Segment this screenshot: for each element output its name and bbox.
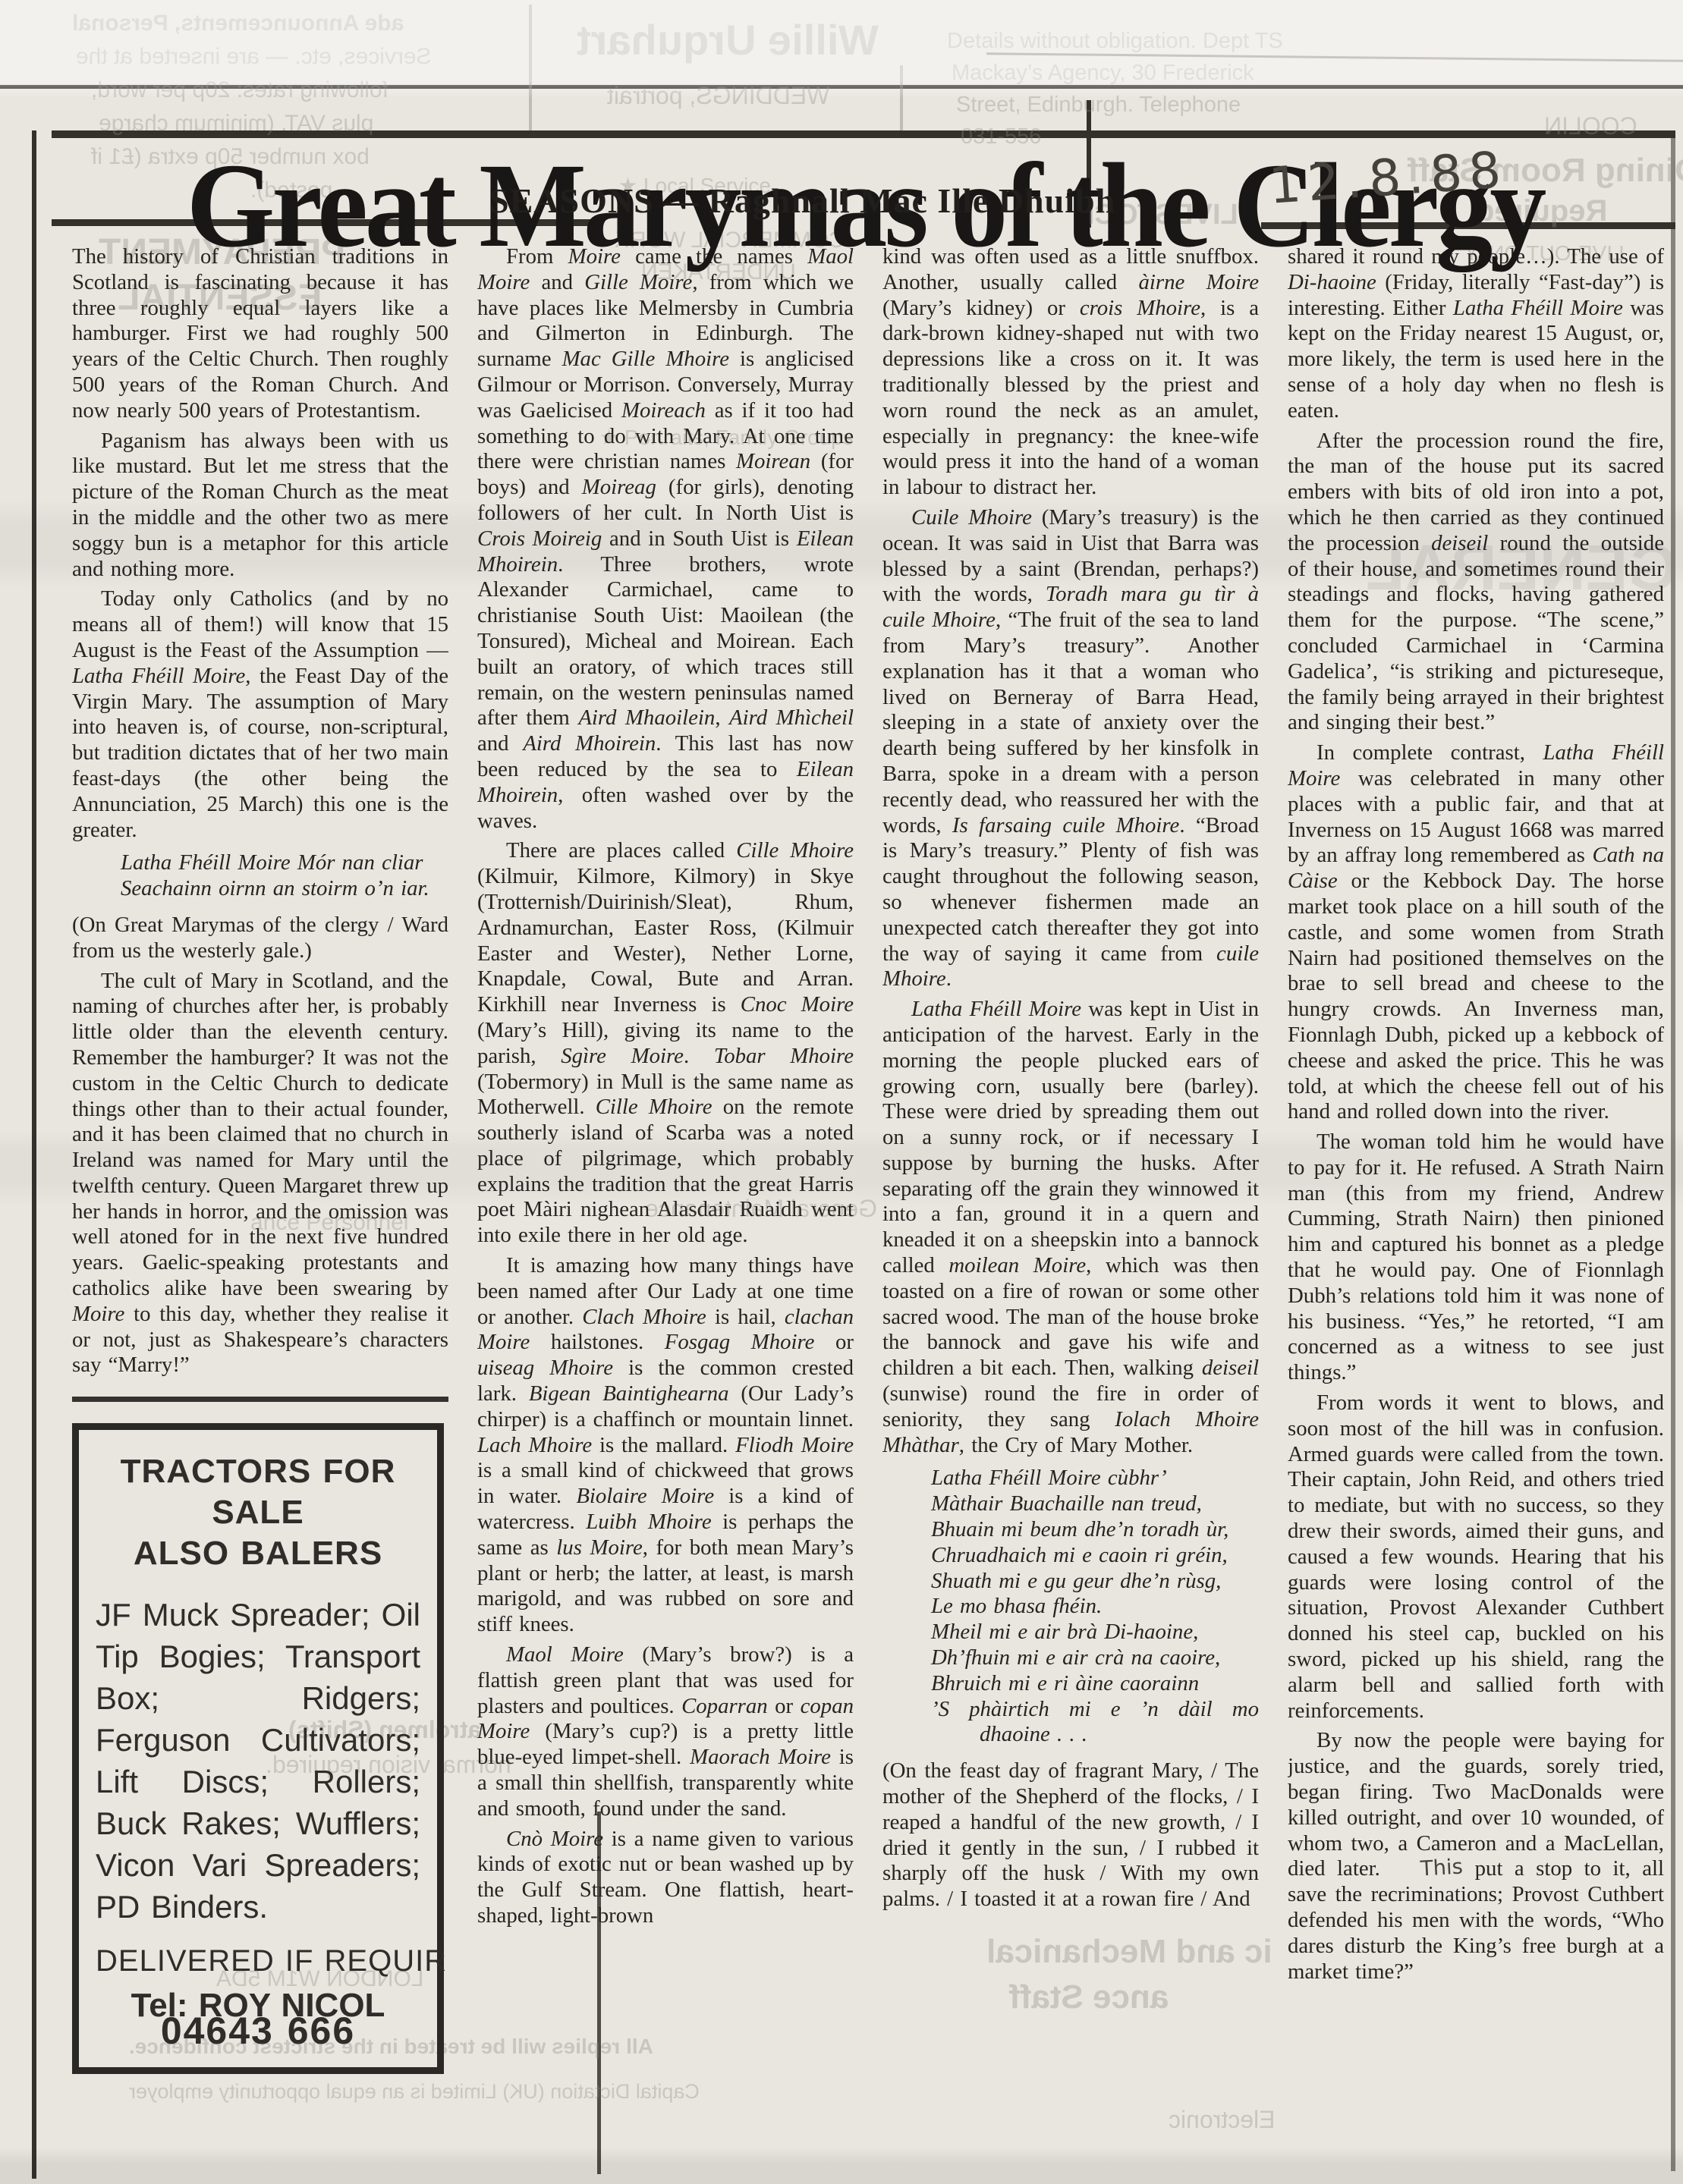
verse-line: Le mo bhasa fhéin. bbox=[882, 1594, 1259, 1620]
newspaper-clipping: Great Marymas of the Clergy SEASONS — Ra… bbox=[0, 0, 1683, 2184]
ad-body-text: JF Muck Spreader; Oil Tip Bogies; Transp… bbox=[96, 1594, 420, 1928]
verse-line: Bhuain mi beum dhe’n toradh ùr, bbox=[882, 1517, 1259, 1543]
ghost-showthrough-text: ade Announcements, Personal bbox=[72, 11, 404, 36]
ghost-showthrough-text: following rates: 20p per word, bbox=[91, 77, 389, 103]
column-divider-rule bbox=[72, 1397, 448, 1402]
byline-separator: — bbox=[663, 181, 699, 220]
article-paragraph: Maol Moire (Mary’s brow?) is a flattish … bbox=[477, 1642, 854, 1822]
article-paragraph: After the procession round the fire, the… bbox=[1288, 429, 1664, 737]
article-paragraph: The cult of Mary in Scotland, and the na… bbox=[72, 969, 448, 1379]
ghost-column-rule-2 bbox=[900, 65, 903, 130]
ghost-showthrough-text: Street, Edinburgh. Telephone bbox=[956, 93, 1241, 118]
article-column-2: From Moire came the names Maol Moire and… bbox=[477, 244, 854, 2179]
verse-line: Dh’fhuin mi e air crà na caoire, bbox=[882, 1645, 1259, 1671]
article-paragraph: Cuile Mhoire (Mary’s treasury) is the oc… bbox=[882, 505, 1259, 992]
article-paragraph: Paganism has always been with us like mu… bbox=[72, 429, 448, 583]
gaelic-verse: Latha Fhéill Moire cùbhr’Màthair Buachai… bbox=[882, 1466, 1259, 1748]
verse-line: Latha Fhéill Moire cùbhr’ bbox=[882, 1466, 1259, 1491]
article-column-1: The history of Christian traditions in S… bbox=[72, 244, 448, 2179]
article-columns: The history of Christian traditions in S… bbox=[72, 244, 1666, 2179]
article-column-4: shared it round my people…). The use of … bbox=[1288, 244, 1664, 2179]
article-paragraph: Latha Fhéill Moire was kept in Uist in a… bbox=[882, 997, 1259, 1458]
verse-line: Chruadhaich mi e caoin ri gréin, bbox=[882, 1543, 1259, 1569]
ghost-showthrough-text: Services, etc. — are inserted at the bbox=[76, 44, 432, 70]
article-paragraph: Cnò Moire is a name given to various kin… bbox=[477, 1827, 854, 1929]
article-paragraph: kind was often used as a little snuffbox… bbox=[882, 244, 1259, 501]
verse-line: Bhruich mi e ri àine caorainn bbox=[882, 1671, 1259, 1697]
article-paragraph: There are places called Cille Mhoire (Ki… bbox=[477, 838, 854, 1249]
verse-line: Mheil mi e air brà Di-haoine, bbox=[882, 1620, 1259, 1645]
article-paragraph: By now the people were baying for justic… bbox=[1288, 1728, 1664, 1984]
article-paragraph: The woman told him he would have to pay … bbox=[1288, 1130, 1664, 1386]
ghost-showthrough-text: Mackay’s Agency, 30 Frederick bbox=[952, 61, 1254, 86]
article-paragraph: In complete contrast, Latha Fhéill Moire… bbox=[1288, 740, 1664, 1125]
series-kicker: SEASONS bbox=[489, 181, 654, 220]
ad-title-line1: TRACTORS FOR SALE bbox=[96, 1451, 420, 1533]
verse-line: Latha Fhéill Moire Mór nan cliar bbox=[72, 850, 448, 876]
article-paragraph: It is amazing how many things have been … bbox=[477, 1253, 854, 1638]
article-column-3: kind was often used as a little snuffbox… bbox=[882, 244, 1259, 2179]
article-paragraph: From Moire came the names Maol Moire and… bbox=[477, 244, 854, 834]
ghost-column-rule-1 bbox=[529, 5, 532, 130]
ghost-showthrough-text: WEDDINGS, portrait bbox=[607, 82, 829, 110]
ad-delivered-line: DELIVERED IF REQUIRED bbox=[96, 1949, 420, 1975]
ghost-showthrough-text: plus VAT. (minimum charge bbox=[99, 111, 373, 137]
ghost-showthrough-text: Details without obligation. Dept TS bbox=[947, 29, 1283, 54]
verse-line: Shuath mi e gu geur dhe’n rùsg, bbox=[882, 1569, 1259, 1595]
article-paragraph: Today only Catholics (and by no means al… bbox=[72, 586, 448, 843]
tractors-ad: TRACTORS FOR SALEALSO BALERSJF Muck Spre… bbox=[72, 1423, 444, 2073]
clip-box-right-border bbox=[1671, 130, 1675, 2171]
ad-title: TRACTORS FOR SALEALSO BALERS bbox=[96, 1451, 420, 1574]
gaelic-verse: Latha Fhéill Moire Mór nan cliarSeachain… bbox=[72, 850, 448, 902]
article-paragraph: (On Great Marymas of the clergy / Ward f… bbox=[72, 913, 448, 964]
ghost-showthrough-text: Willie Urquhart bbox=[577, 15, 879, 64]
handwritten-correction: This bbox=[1391, 1855, 1464, 1884]
clip-box-left-border bbox=[32, 130, 36, 2179]
article-byline-row: SEASONS — Raghnall Mac Ille Dhuibh bbox=[489, 181, 1115, 221]
verse-line: Màthair Buachaille nan treud, bbox=[882, 1491, 1259, 1517]
ad-title-line2: ALSO BALERS bbox=[96, 1533, 420, 1574]
verse-line: Seachainn oirnn an stoirm o’n iar. bbox=[72, 876, 448, 902]
article-paragraph: From words it went to blows, and soon mo… bbox=[1288, 1391, 1664, 1724]
author-byline: Raghnall Mac Ille Dhuibh bbox=[709, 181, 1116, 220]
article-paragraph: (On the feast day of fragrant Mary, / Th… bbox=[882, 1758, 1259, 1912]
verse-line: ’S phàirtich mi e ’n dàil mo dhaoine . .… bbox=[882, 1697, 1259, 1749]
